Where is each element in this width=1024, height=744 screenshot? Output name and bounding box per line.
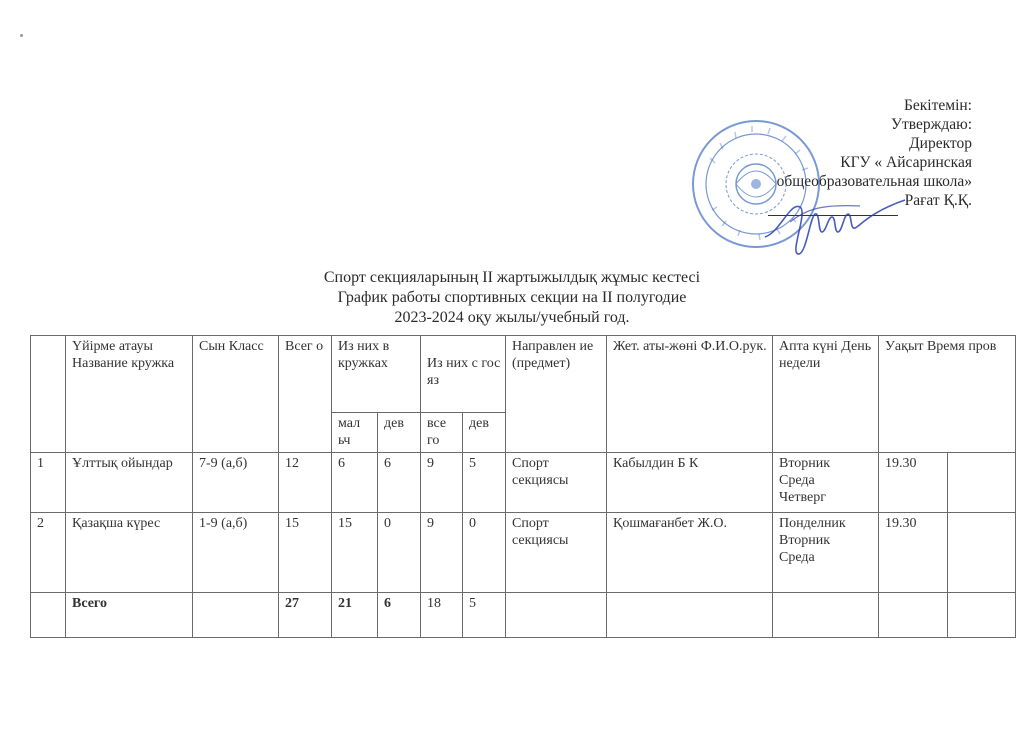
- cell-lang-all: 9: [421, 453, 463, 513]
- cell-total: 15: [279, 513, 332, 593]
- cell-weekdays: Понделник Вторник Среда: [773, 513, 879, 593]
- weekday: Вторник: [779, 455, 874, 472]
- header-time: Уақыт Время пров: [879, 336, 1016, 453]
- approval-line-position: Директор: [777, 134, 972, 153]
- cell-club-name: Ұлттық ойындар: [66, 453, 193, 513]
- cell-class: [193, 593, 279, 638]
- total-lang-girls: 5: [463, 593, 506, 638]
- cell-lang-all: 9: [421, 513, 463, 593]
- cell-leader: [607, 593, 773, 638]
- cell-class: 1-9 (а,б): [193, 513, 279, 593]
- cell-num: 2: [31, 513, 66, 593]
- total-lang-all: 18: [421, 593, 463, 638]
- cell-extra: [948, 513, 1016, 593]
- approval-line-org: КГУ « Айсаринская: [777, 153, 972, 172]
- cell-time: 19.30: [879, 453, 948, 513]
- weekday: Среда: [779, 549, 874, 566]
- signature-icon: [760, 192, 910, 262]
- header-row: Үйірме атауы Название кружка Сын Класс В…: [31, 336, 1016, 413]
- approval-line-approve-ru: Утверждаю:: [777, 115, 972, 134]
- cell-leader: Қошмағанбет Ж.О.: [607, 513, 773, 593]
- document-titles: Спорт секцияларының ІІ жартыжылдық жұмыс…: [0, 268, 1024, 328]
- cell-boys: 6: [332, 453, 378, 513]
- title-school-year: 2023-2024 оқу жылы/учебный год.: [0, 308, 1024, 328]
- header-class: Сын Класс: [193, 336, 279, 453]
- subheader-lang-all: все го: [421, 413, 463, 453]
- schedule-table: Үйірме атауы Название кружка Сын Класс В…: [30, 335, 1016, 638]
- cell-total: 12: [279, 453, 332, 513]
- cell-num: [31, 593, 66, 638]
- cell-direction: [506, 593, 607, 638]
- total-label: Всего: [66, 593, 193, 638]
- header-total: Всег о: [279, 336, 332, 453]
- cell-leader: Кабылдин Б К: [607, 453, 773, 513]
- cell-time: 19.30: [879, 513, 948, 593]
- cell-extra: [948, 593, 1016, 638]
- weekday: Понделник: [779, 515, 874, 532]
- subheader-boys: мал ьч: [332, 413, 378, 453]
- total-girls: 6: [378, 593, 421, 638]
- cell-girls: 6: [378, 453, 421, 513]
- header-weekday: Апта күні День недели: [773, 336, 879, 453]
- subheader-girls: дев: [378, 413, 421, 453]
- header-club-name: Үйірме атауы Название кружка: [66, 336, 193, 453]
- cell-time: [879, 593, 948, 638]
- cell-weekdays: [773, 593, 879, 638]
- header-num: [31, 336, 66, 453]
- title-kazakh: Спорт секцияларының ІІ жартыжылдық жұмыс…: [0, 268, 1024, 288]
- approval-line-org-cont: общеобразовательная школа»: [777, 172, 972, 191]
- table-row: 2 Қазақша күрес 1-9 (а,б) 15 15 0 9 0 Сп…: [31, 513, 1016, 593]
- cell-boys: 15: [332, 513, 378, 593]
- cell-lang-girls: 0: [463, 513, 506, 593]
- total-all: 27: [279, 593, 332, 638]
- total-row: Всего 27 21 6 18 5: [31, 593, 1016, 638]
- header-state-lang: Из них с гос яз: [421, 336, 506, 413]
- weekday: Среда: [779, 472, 874, 489]
- subheader-lang-girls: дев: [463, 413, 506, 453]
- weekday: Четверг: [779, 489, 874, 506]
- cell-num: 1: [31, 453, 66, 513]
- title-russian: График работы спортивных секции на ІІ по…: [0, 288, 1024, 308]
- cell-lang-girls: 5: [463, 453, 506, 513]
- header-in-clubs: Из них в кружках: [332, 336, 421, 413]
- cell-weekdays: Вторник Среда Четверг: [773, 453, 879, 513]
- cell-club-name: Қазақша күрес: [66, 513, 193, 593]
- scan-speck: [20, 34, 23, 37]
- table-row: 1 Ұлттық ойындар 7-9 (а,б) 12 6 6 9 5 Сп…: [31, 453, 1016, 513]
- cell-extra: [948, 453, 1016, 513]
- total-boys: 21: [332, 593, 378, 638]
- cell-class: 7-9 (а,б): [193, 453, 279, 513]
- weekday: Вторник: [779, 532, 874, 549]
- cell-girls: 0: [378, 513, 421, 593]
- header-leader: Жет. аты-жөні Ф.И.О.рук.: [607, 336, 773, 453]
- approval-line-approve-kz: Бекітемін:: [777, 96, 972, 115]
- cell-direction: Спорт секциясы: [506, 453, 607, 513]
- cell-direction: Спорт секциясы: [506, 513, 607, 593]
- header-direction: Направлен ие (предмет): [506, 336, 607, 453]
